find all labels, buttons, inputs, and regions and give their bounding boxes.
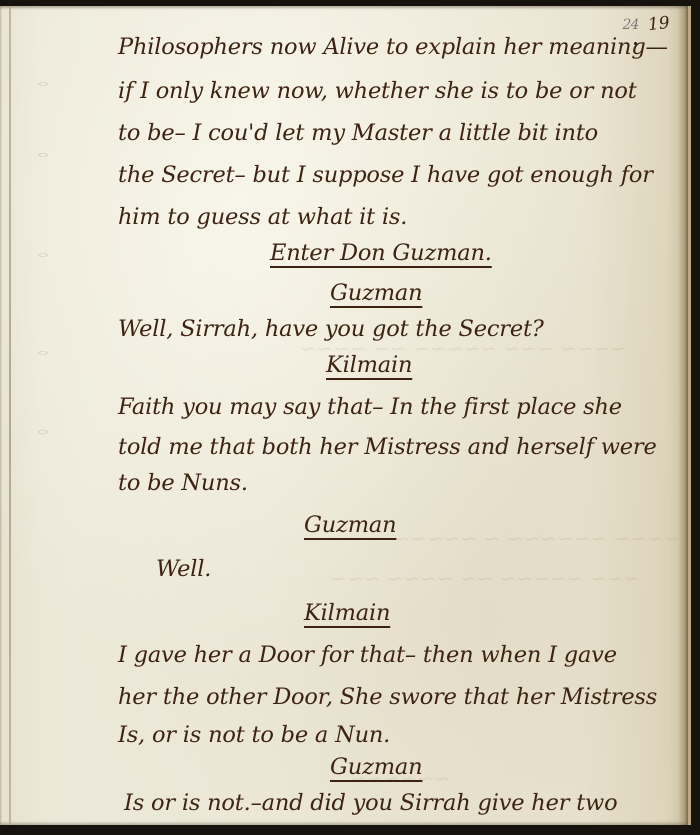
binding-gutter-line — [9, 6, 11, 825]
speaker-heading: Kilmain — [304, 600, 390, 626]
speaker-heading: Guzman — [304, 512, 396, 538]
ink-page-number: 19 — [647, 13, 671, 35]
pencil-page-number: 24 — [623, 17, 639, 33]
text-line: to be Nuns. — [118, 470, 248, 496]
text-line: her the other Door, She swore that her M… — [118, 684, 657, 710]
scan-background: ~~~~ ~~~ ~~~~~ ~~ ~~~~ ~~~~ ~~~~~~ ~ ~~~… — [0, 0, 700, 835]
speaker-heading: Guzman — [330, 754, 422, 780]
speaker-heading: Guzman — [330, 280, 422, 306]
text-line: the Secret– but I suppose I have got eno… — [118, 162, 653, 188]
text-line: I gave her a Door for that– then when I … — [118, 642, 617, 668]
text-line: Well, Sirrah, have you got the Secret? — [118, 316, 544, 342]
paper-crease-mark — [38, 82, 48, 86]
paper-crease-mark — [38, 153, 48, 157]
speaker-heading: Kilmain — [326, 352, 412, 378]
folio-numbers: 24 19 — [623, 14, 670, 34]
paper-crease-mark — [38, 253, 48, 257]
text-line: Well. — [156, 556, 211, 582]
paper-crease-mark — [38, 351, 48, 355]
page-edge-shadow — [678, 6, 688, 825]
text-line: told me that both her Mistress and herse… — [118, 434, 657, 460]
text-line: Is or is not.–and did you Sirrah give he… — [124, 790, 617, 816]
paper-crease-mark — [38, 430, 48, 434]
text-line: Is, or is not to be a Nun. — [118, 722, 390, 748]
text-line: Faith you may say that– In the first pla… — [118, 394, 622, 420]
bleed-through-text: ~~~ ~~~~~ ~~ ~~~~ ~~~ — [330, 566, 640, 590]
text-line: Philosophers now Alive to explain her me… — [118, 34, 668, 60]
stage-direction: Enter Don Guzman. — [270, 240, 492, 266]
text-line: him to guess at what it is. — [118, 204, 407, 230]
text-line: if I only knew now, whether she is to be… — [118, 78, 637, 104]
text-line: to be– I cou'd let my Master a little bi… — [118, 120, 598, 146]
